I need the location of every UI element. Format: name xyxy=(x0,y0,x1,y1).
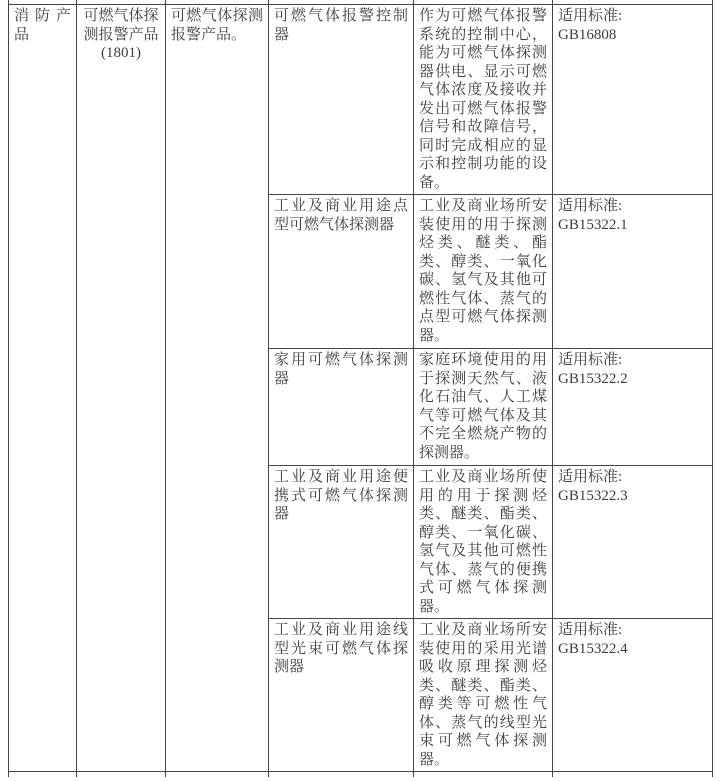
standard-cell: 适用标准: GB16808 xyxy=(553,5,713,195)
product-description-cell: 工业及商业场所安装使用的采用光谱吸收原理探测烃类、醚类、酯类、醇类等可燃性气体、… xyxy=(414,619,553,772)
table-row: 消防产品 可燃气体探测报警产品(1801) 可燃气体探测报警产品。 可燃气体报警… xyxy=(9,5,713,195)
empty-cell xyxy=(9,772,77,778)
product-name-cell: 家用可燃气体探测器 xyxy=(269,349,414,466)
standard-cell: 适用标准: GB15322.1 xyxy=(553,195,713,349)
empty-cell xyxy=(269,772,414,778)
partial-row-bottom xyxy=(9,772,713,778)
category-cell: 消防产品 xyxy=(9,5,77,772)
product-description-cell: 工业及商业场所使用的用于探测烃类、醚类、酯类、醇类、一氧化碳、氢气及其他可燃性气… xyxy=(414,466,553,619)
product-name-cell: 工业及商业用途点型可燃气体探测器 xyxy=(269,195,414,349)
empty-cell xyxy=(166,772,269,778)
product-name-cell: 工业及商业用途便携式可燃气体探测器 xyxy=(269,466,414,619)
product-description-cell: 作为可燃气体报警系统的控制中心，能为可燃气体探测器供电、显示可燃气体浓度及接收并… xyxy=(414,5,553,195)
empty-cell xyxy=(414,772,553,778)
standard-cell: 适用标准: GB15322.3 xyxy=(553,466,713,619)
standard-cell: 适用标准: GB15322.2 xyxy=(553,349,713,466)
empty-cell xyxy=(77,772,166,778)
product-group-cell: 可燃气体探测报警产品(1801) xyxy=(77,5,166,772)
product-name-cell: 工业及商业用途线型光束可燃气体探测器 xyxy=(269,619,414,772)
document-page: 消防产品 可燃气体探测报警产品(1801) 可燃气体探测报警产品。 可燃气体报警… xyxy=(0,0,720,781)
empty-cell xyxy=(553,772,713,778)
group-description-cell: 可燃气体探测报警产品。 xyxy=(166,5,269,772)
product-description-cell: 工业及商业场所安装使用的用于探测烃类、醚类、酯类、醇类、一氧化碳、氢气及其他可燃… xyxy=(414,195,553,349)
product-name-cell: 可燃气体报警控制器 xyxy=(269,5,414,195)
product-description-cell: 家庭环境使用的用于探测天然气、液化石油气、人工煤气等可燃气体及其不完全燃烧产物的… xyxy=(414,349,553,466)
standard-cell: 适用标准: GB15322.4 xyxy=(553,619,713,772)
certification-products-table: 消防产品 可燃气体探测报警产品(1801) 可燃气体探测报警产品。 可燃气体报警… xyxy=(8,0,713,777)
